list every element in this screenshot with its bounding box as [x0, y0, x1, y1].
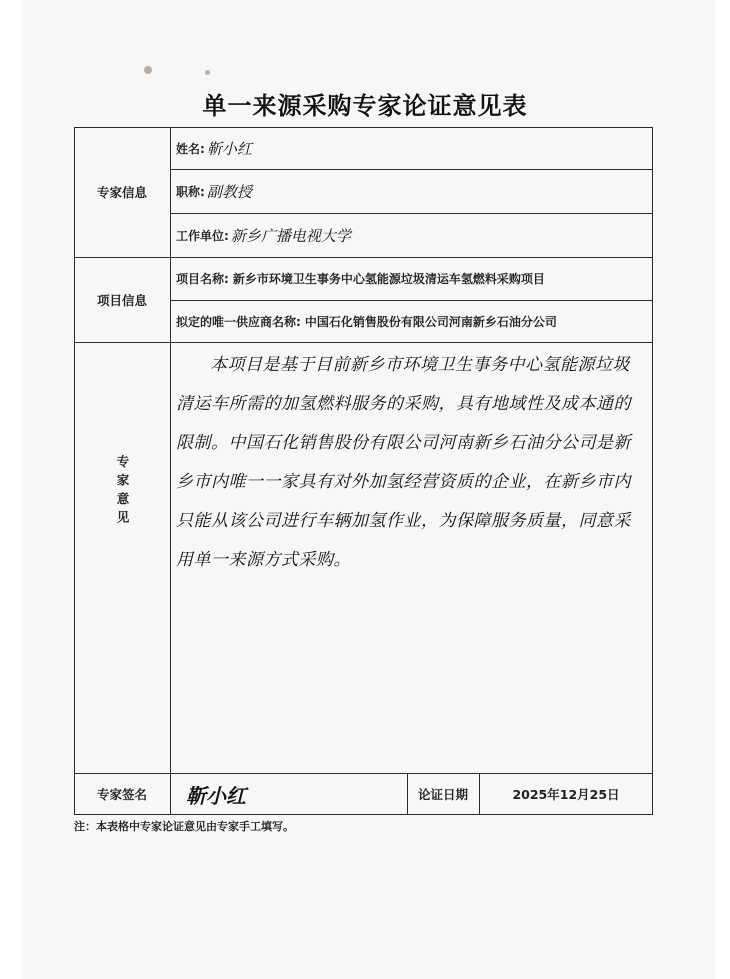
rank-value: 副教授 [207, 181, 252, 202]
name-value: 靳小红 [207, 138, 252, 159]
page-title: 单一来源采购专家论证意见表 [0, 86, 730, 121]
supplier-field: 拟定的唯一供应商名称: 中国石化销售股份有限公司河南新乡石油分公司 [176, 300, 557, 342]
name-field: 姓名: 靳小红 [176, 127, 252, 169]
divider [170, 127, 171, 815]
signature-value: 靳小红 [186, 780, 246, 809]
signature-label: 专家签名 [74, 773, 170, 815]
unit-value: 新乡广播电视大学 [231, 225, 351, 246]
paper-stain [144, 66, 152, 74]
rank-label: 职称: [176, 183, 205, 200]
opinion-label: 专家意见 [113, 455, 131, 529]
project-info-label: 项目信息 [74, 257, 170, 342]
project-name-value: 新乡市环境卫生事务中心氢能源垃圾清运车氢燃料采购项目 [233, 270, 545, 287]
expert-info-label: 专家信息 [74, 127, 170, 257]
name-label: 姓名: [176, 140, 205, 157]
paper-stain [205, 70, 210, 75]
expert-opinion-text: 本项目是基于目前新乡市环境卫生事务中心氢能源垃圾清运车所需的加氢燃料服务的采购，… [176, 346, 646, 580]
unit-label: 工作单位: [176, 227, 229, 244]
footnote: 注：本表格中专家论证意见由专家手工填写。 [74, 818, 294, 834]
project-name-field: 项目名称: 新乡市环境卫生事务中心氢能源垃圾清运车氢燃料采购项目 [176, 257, 545, 300]
supplier-value: 中国石化销售股份有限公司河南新乡石油分公司 [305, 313, 557, 330]
rank-field: 职称: 副教授 [176, 169, 252, 213]
date-value: 2025年12月25日 [479, 773, 653, 815]
date-label: 论证日期 [407, 773, 479, 815]
supplier-label: 拟定的唯一供应商名称: [176, 313, 301, 330]
project-name-label: 项目名称: [176, 270, 229, 287]
opinion-label-cell: 专家意见 [74, 342, 170, 642]
signature-field: 靳小红 [186, 773, 246, 815]
unit-field: 工作单位: 新乡广播电视大学 [176, 213, 351, 257]
